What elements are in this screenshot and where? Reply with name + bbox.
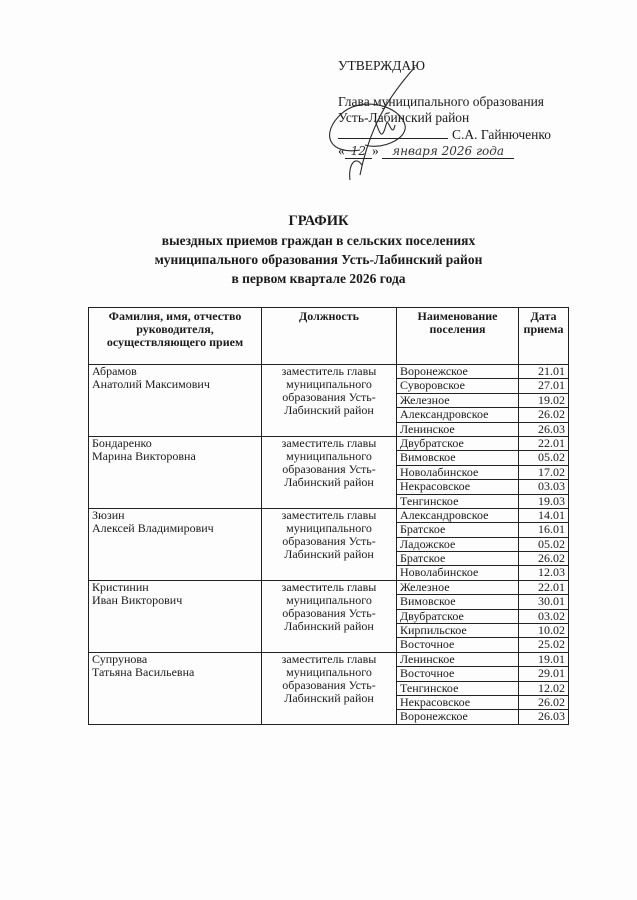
approval-date: «12» января 2026 года: [338, 143, 551, 159]
settlement-cell: Братское: [397, 552, 519, 566]
approval-heading: УТВЕРЖДАЮ: [338, 58, 551, 74]
date-cell: 21.01: [519, 365, 569, 379]
signer-name: С.А. Гайнюченко: [452, 127, 551, 142]
settlement-cell: Некрасовское: [397, 480, 519, 494]
date-cell: 30.01: [519, 595, 569, 609]
header-date: Дата приема: [519, 308, 569, 365]
person-surname: Бондаренко: [92, 437, 258, 450]
table-row: ЗюзинАлексей Владимировичзаместитель гла…: [89, 508, 569, 522]
date-month-year: января 2026 года: [382, 144, 514, 159]
person-cell: АбрамовАнатолий Максимович: [89, 365, 262, 437]
date-cell: 22.01: [519, 580, 569, 594]
settlement-cell: Александровское: [397, 408, 519, 422]
date-cell: 14.01: [519, 508, 569, 522]
position-cell: заместитель главы муниципального образов…: [262, 508, 397, 580]
date-cell: 26.03: [519, 710, 569, 724]
position-cell: заместитель главы муниципального образов…: [262, 580, 397, 652]
settlement-cell: Вимовское: [397, 451, 519, 465]
date-cell: 19.01: [519, 652, 569, 666]
date-cell: 10.02: [519, 624, 569, 638]
settlement-cell: Восточное: [397, 667, 519, 681]
settlement-cell: Железное: [397, 393, 519, 407]
table-header-row: Фамилия, имя, отчество руководителя, осу…: [89, 308, 569, 365]
date-day: 12: [345, 144, 372, 159]
settlement-cell: Воронежское: [397, 710, 519, 724]
date-cell: 16.01: [519, 523, 569, 537]
approval-block: УТВЕРЖДАЮ Глава муниципального образован…: [338, 58, 551, 159]
person-cell: ЗюзинАлексей Владимирович: [89, 508, 262, 580]
settlement-cell: Ленинское: [397, 422, 519, 436]
settlement-cell: Ладожское: [397, 537, 519, 551]
settlement-cell: Суворовское: [397, 379, 519, 393]
settlement-cell: Некрасовское: [397, 695, 519, 709]
approval-line-2: Усть-Лабинский район: [338, 110, 551, 126]
settlement-cell: Тенгинское: [397, 494, 519, 508]
table-body: АбрамовАнатолий Максимовичзаместитель гл…: [89, 365, 569, 725]
settlement-cell: Вимовское: [397, 595, 519, 609]
person-name: Марина Викторовна: [92, 450, 258, 463]
date-cell: 05.02: [519, 537, 569, 551]
document-title: ГРАФИК выездных приемов граждан в сельск…: [0, 212, 637, 288]
position-cell: заместитель главы муниципального образов…: [262, 365, 397, 437]
date-cell: 26.02: [519, 695, 569, 709]
title-line-3: в первом квартале 2026 года: [0, 269, 637, 288]
person-surname: Кристинин: [92, 581, 258, 594]
settlement-cell: Кирпильское: [397, 624, 519, 638]
position-cell: заместитель главы муниципального образов…: [262, 652, 397, 724]
settlement-cell: Двубратское: [397, 609, 519, 623]
title-line-1: выездных приемов граждан в сельских посе…: [0, 231, 637, 250]
settlement-cell: Братское: [397, 523, 519, 537]
date-cell: 03.03: [519, 480, 569, 494]
date-cell: 05.02: [519, 451, 569, 465]
person-cell: БондаренкоМарина Викторовна: [89, 436, 262, 508]
person-surname: Супрунова: [92, 653, 258, 666]
settlement-cell: Железное: [397, 580, 519, 594]
approval-line-1: Глава муниципального образования: [338, 94, 551, 110]
date-cell: 26.03: [519, 422, 569, 436]
person-name: Татьяна Васильевна: [92, 666, 258, 679]
settlement-cell: Новолабинское: [397, 465, 519, 479]
person-name: Анатолий Максимович: [92, 378, 258, 391]
title-line-2: муниципального образования Усть-Лабински…: [0, 250, 637, 269]
date-cell: 26.02: [519, 408, 569, 422]
person-name: Иван Викторович: [92, 594, 258, 607]
date-quote-open: «: [338, 143, 345, 158]
person-cell: КристининИван Викторович: [89, 580, 262, 652]
date-quote-close: »: [372, 143, 379, 158]
date-cell: 29.01: [519, 667, 569, 681]
date-cell: 22.01: [519, 436, 569, 450]
settlement-cell: Двубратское: [397, 436, 519, 450]
schedule-table: Фамилия, имя, отчество руководителя, осу…: [88, 307, 569, 725]
date-cell: 26.02: [519, 552, 569, 566]
settlement-cell: Воронежское: [397, 365, 519, 379]
header-person: Фамилия, имя, отчество руководителя, осу…: [89, 308, 262, 365]
table-row: КристининИван Викторовичзаместитель глав…: [89, 580, 569, 594]
date-cell: 12.02: [519, 681, 569, 695]
table-row: БондаренкоМарина Викторовназаместитель г…: [89, 436, 569, 450]
settlement-cell: Александровское: [397, 508, 519, 522]
person-name: Алексей Владимирович: [92, 522, 258, 535]
date-cell: 25.02: [519, 638, 569, 652]
date-cell: 12.03: [519, 566, 569, 580]
date-cell: 19.03: [519, 494, 569, 508]
date-cell: 03.02: [519, 609, 569, 623]
settlement-cell: Ленинское: [397, 652, 519, 666]
settlement-cell: Новолабинское: [397, 566, 519, 580]
header-position: Должность: [262, 308, 397, 365]
person-cell: СупруноваТатьяна Васильевна: [89, 652, 262, 724]
table-row: СупруноваТатьяна Васильевназаместитель г…: [89, 652, 569, 666]
date-cell: 27.01: [519, 379, 569, 393]
header-settlement: Наименование поселения: [397, 308, 519, 365]
settlement-cell: Восточное: [397, 638, 519, 652]
date-cell: 17.02: [519, 465, 569, 479]
position-cell: заместитель главы муниципального образов…: [262, 436, 397, 508]
table-row: АбрамовАнатолий Максимовичзаместитель гл…: [89, 365, 569, 379]
person-surname: Зюзин: [92, 509, 258, 522]
title-main: ГРАФИК: [0, 212, 637, 231]
settlement-cell: Тенгинское: [397, 681, 519, 695]
signature-line: [338, 126, 448, 139]
date-cell: 19.02: [519, 393, 569, 407]
